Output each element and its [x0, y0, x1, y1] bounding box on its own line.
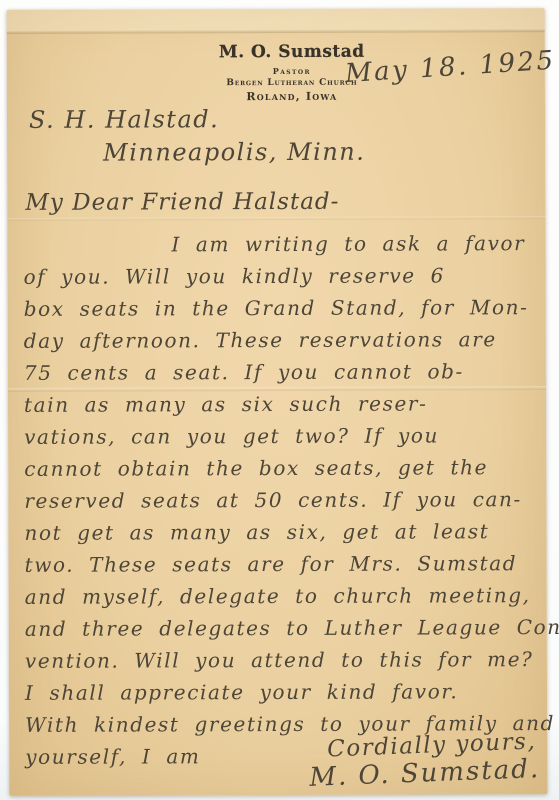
body-line: I shall appreciate your kind favor. [25, 675, 533, 709]
body-line: of you. Will you kindly reserve 6 [24, 259, 532, 293]
body-line: not get as many as six, get at least [24, 515, 532, 549]
fold-crease-middle [7, 216, 545, 221]
paper-top-edge [7, 8, 545, 30]
letter-paper: M. O. Sumstad Pastor Bergen Lutheran Chu… [7, 8, 548, 796]
body-line: I am writing to ask a favor [23, 227, 531, 261]
body-line: box seats in the Grand Stand, for Mon- [24, 291, 532, 325]
recipient-city: Minneapolis, Minn. [103, 138, 365, 167]
body-line: and three delegates to Luther League Con… [25, 611, 533, 645]
body-line: vations, can you get two? If you [24, 419, 532, 453]
letter-body: I am writing to ask a favor of you. Will… [23, 227, 533, 773]
body-line: vention. Will you attend to this for me? [25, 643, 533, 677]
letterhead-location: Roland, Iowa [23, 89, 559, 104]
recipient-block: S. H. Halstad. Minneapolis, Minn. [29, 105, 365, 167]
salutation: My Dear Friend Halstad- [25, 189, 339, 216]
scanned-letter: M. O. Sumstad Pastor Bergen Lutheran Chu… [0, 0, 559, 800]
body-line: 75 cents a seat. If you cannot ob- [24, 355, 532, 389]
body-line: day afternoon. These reservations are [24, 323, 532, 357]
recipient-name: S. H. Halstad. [29, 105, 365, 134]
body-line: reserved seats at 50 cents. If you can- [24, 483, 532, 517]
body-line: cannot obtain the box seats, get the [24, 451, 532, 485]
body-line: and myself, delegate to church meeting, [25, 579, 533, 613]
body-line: tain as many as six such reser- [24, 387, 532, 421]
body-line: two. These seats are for Mrs. Sumstad [25, 547, 533, 581]
